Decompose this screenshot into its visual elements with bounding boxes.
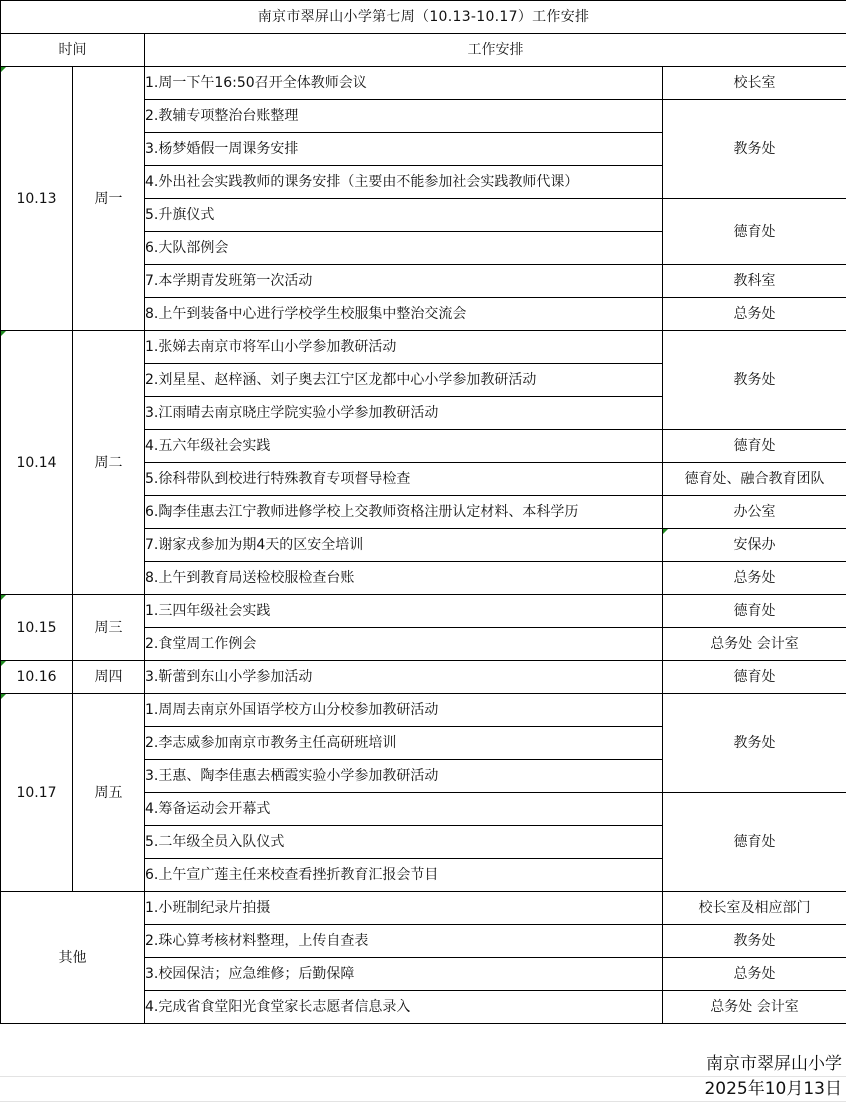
task-cell[interactable]: 2.食堂周工作例会 (145, 628, 663, 661)
task-cell[interactable]: 4.五六年级社会实践 (145, 430, 663, 463)
date-cell[interactable]: 10.16 (1, 661, 73, 694)
department-cell[interactable]: 教科室 (663, 265, 846, 298)
weekday-cell[interactable]: 周三 (73, 595, 145, 661)
task-cell[interactable]: 4.完成省食堂阳光食堂家长志愿者信息录入 (145, 991, 663, 1024)
task-cell[interactable]: 5.二年级全员入队仪式 (145, 826, 663, 859)
task-cell[interactable]: 3.靳蕾到东山小学参加活动 (145, 661, 663, 694)
footer-date: 2025年10月13日 (0, 1077, 846, 1102)
task-cell[interactable]: 1.三四年级社会实践 (145, 595, 663, 628)
department-cell[interactable]: 德育处 (663, 595, 846, 628)
task-cell[interactable]: 2.李志威参加南京市教务主任高研班培训 (145, 727, 663, 760)
task-cell[interactable]: 5.升旗仪式 (145, 199, 663, 232)
task-cell[interactable]: 1.张娣去南京市将军山小学参加教研活动 (145, 331, 663, 364)
department-cell[interactable]: 总务处 (663, 958, 846, 991)
weekday-cell[interactable]: 周一 (73, 67, 145, 331)
task-cell[interactable]: 1.周一下午16:50召开全体教师会议 (145, 67, 663, 100)
department-cell[interactable]: 总务处 会计室 (663, 628, 846, 661)
header-work: 工作安排 (145, 34, 846, 67)
task-cell[interactable]: 1.周周去南京外国语学校方山分校参加教研活动 (145, 694, 663, 727)
department-cell[interactable]: 德育处 (663, 661, 846, 694)
department-cell[interactable]: 安保办 (663, 529, 846, 562)
weekday-cell[interactable]: 周五 (73, 694, 145, 892)
task-cell[interactable]: 7.本学期青发班第一次活动 (145, 265, 663, 298)
weekday-cell[interactable]: 周二 (73, 331, 145, 595)
department-cell[interactable]: 德育处、融合教育团队 (663, 463, 846, 496)
department-cell[interactable]: 教务处 (663, 925, 846, 958)
other-label-cell[interactable]: 其他 (1, 892, 145, 1024)
task-cell[interactable]: 6.上午宣广莲主任来校查看挫折教育汇报会节目 (145, 859, 663, 892)
department-cell[interactable]: 教务处 (663, 100, 846, 199)
department-cell[interactable]: 总务处 会计室 (663, 991, 846, 1024)
date-cell[interactable]: 10.15 (1, 595, 73, 661)
header-time: 时间 (1, 34, 145, 67)
date-cell[interactable]: 10.14 (1, 331, 73, 595)
task-cell[interactable]: 6.陶李佳惠去江宁教师进修学校上交教师资格注册认定材料、本科学历 (145, 496, 663, 529)
task-cell[interactable]: 2.刘星星、赵梓涵、刘子奥去江宁区龙都中心小学参加教研活动 (145, 364, 663, 397)
weekday-cell[interactable]: 周四 (73, 661, 145, 694)
department-cell[interactable]: 教务处 (663, 331, 846, 430)
task-cell[interactable]: 3.王惠、陶李佳惠去栖霞实验小学参加教研活动 (145, 760, 663, 793)
department-cell[interactable]: 校长室及相应部门 (663, 892, 846, 925)
task-cell[interactable]: 2.珠心算考核材料整理，上传自查表 (145, 925, 663, 958)
task-cell[interactable]: 3.杨梦婚假一周课务安排 (145, 133, 663, 166)
schedule-sheet: 南京市翠屏山小学第七周（10.13-10.17）工作安排 时间 工作安排 10.… (0, 0, 846, 1024)
footer-school: 南京市翠屏山小学 (0, 1051, 846, 1077)
schedule-table: 南京市翠屏山小学第七周（10.13-10.17）工作安排 时间 工作安排 10.… (0, 0, 846, 1024)
page-title: 南京市翠屏山小学第七周（10.13-10.17）工作安排 (1, 1, 846, 34)
task-cell[interactable]: 1.小班制纪录片拍摄 (145, 892, 663, 925)
department-cell[interactable]: 德育处 (663, 199, 846, 265)
date-cell[interactable]: 10.13 (1, 67, 73, 331)
department-cell[interactable]: 教务处 (663, 694, 846, 793)
task-cell[interactable]: 8.上午到装备中心进行学校学生校服集中整治交流会 (145, 298, 663, 331)
task-cell[interactable]: 3.校园保洁；应急维修；后勤保障 (145, 958, 663, 991)
department-cell[interactable]: 德育处 (663, 430, 846, 463)
task-cell[interactable]: 6.大队部例会 (145, 232, 663, 265)
department-cell[interactable]: 德育处 (663, 793, 846, 892)
task-cell[interactable]: 4.外出社会实践教师的课务安排（主要由不能参加社会实践教师代课） (145, 166, 663, 199)
task-cell[interactable]: 8.上午到教育局送检校服检查台账 (145, 562, 663, 595)
task-cell[interactable]: 5.徐科带队到校进行特殊教育专项督导检查 (145, 463, 663, 496)
department-cell[interactable]: 总务处 (663, 562, 846, 595)
task-cell[interactable]: 7.谢家戎参加为期4天的区安全培训 (145, 529, 663, 562)
department-cell[interactable]: 校长室 (663, 67, 846, 100)
department-cell[interactable]: 办公室 (663, 496, 846, 529)
task-cell[interactable]: 3.江雨晴去南京晓庄学院实验小学参加教研活动 (145, 397, 663, 430)
task-cell[interactable]: 4.筹备运动会开幕式 (145, 793, 663, 826)
date-cell[interactable]: 10.17 (1, 694, 73, 892)
department-cell[interactable]: 总务处 (663, 298, 846, 331)
task-cell[interactable]: 2.教辅专项整治台账整理 (145, 100, 663, 133)
